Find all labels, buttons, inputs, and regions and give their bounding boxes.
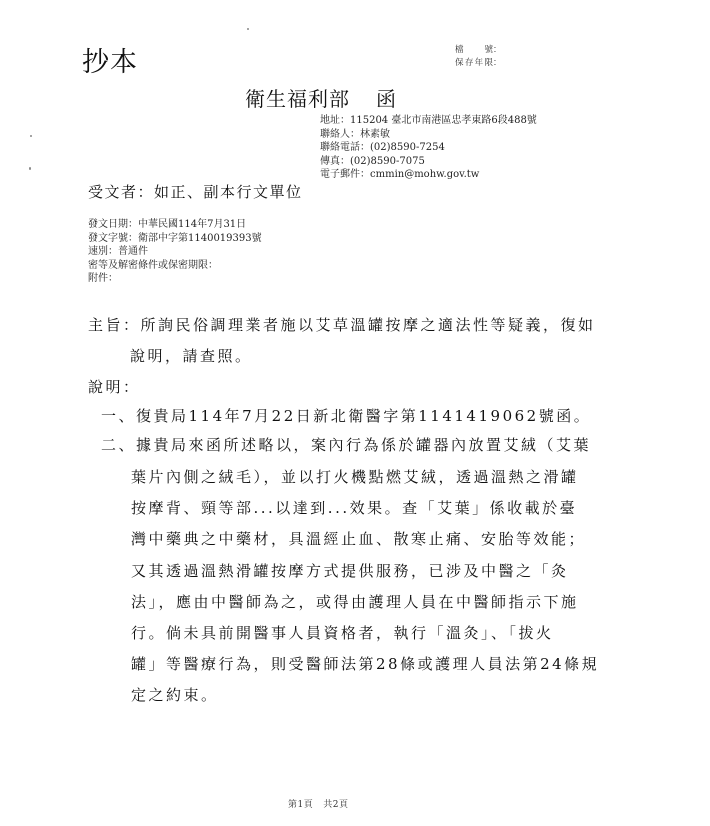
attachment: 附件：: [88, 272, 262, 286]
item-line: 法」，應由中醫師為之，或得由護理人員在中醫師指示下施: [131, 591, 579, 612]
agency-title: 衛生福利部函: [245, 83, 397, 112]
item-line: 一、復貴局114年7月22日新北衛醫字第1141419062號函。: [101, 405, 591, 426]
page-number: 第1頁: [288, 800, 313, 810]
doc-type: 函: [376, 87, 397, 111]
page-total: 共2頁: [323, 800, 348, 810]
item-line: 罐」等醫療行為，則受醫師法第28條或護理人員法第24條規: [131, 653, 599, 674]
page-footer: 第1頁共2頁: [288, 797, 348, 810]
phone: 聯絡電話：(02)8590-7254: [320, 141, 537, 155]
contact-person: 聯絡人：林素敏: [320, 128, 537, 142]
item-line: 定之約束。: [131, 684, 219, 705]
item-line: 灣中藥典之中藥材，具溫經止血、散寒止痛、安胎等效能；: [131, 528, 586, 549]
scan-speck: [29, 167, 31, 170]
copy-mark: 抄本: [82, 40, 138, 79]
address: 地址：115204 臺北市南港區忠孝東路6段488號: [320, 114, 537, 128]
item-line: 葉片內側之絨毛），並以打火機點燃艾絨，透過溫熱之滑罐: [131, 466, 579, 487]
scan-speck: [30, 135, 32, 137]
issue-number: 發文字號：衛部中字第1140019393號: [88, 232, 262, 246]
item-line: 又其透過溫熱滑罐按摩方式提供服務，已涉及中醫之「灸: [131, 560, 569, 581]
secrecy-level: 密等及解密條件或保密期限：: [88, 259, 262, 273]
issue-date: 發文日期：中華民國114年7月31日: [88, 218, 262, 232]
subject-line-1: 主旨：所詢民俗調理業者施以艾草溫罐按摩之適法性等疑義，復如: [88, 314, 596, 335]
archive-number: 檔號：: [455, 44, 502, 57]
item-line: 按摩背、頸等部...以達到...效果。查「艾葉」係收載於臺: [131, 497, 577, 518]
explanation-heading: 說明：: [88, 376, 141, 397]
item-line: 二、據貴局來函所述略以，案內行為係於罐器內放置艾絨（艾葉: [101, 434, 591, 455]
file-meta: 檔號： 保存年限：: [455, 44, 502, 70]
delivery-speed: 速別：普通件: [88, 245, 262, 259]
scan-speck: [247, 28, 249, 30]
email: 電子郵件：cmmin@mohw.gov.tw: [320, 168, 537, 182]
fax: 傳真：(02)8590-7075: [320, 155, 537, 169]
subject-line-2: 說明，請查照。: [130, 345, 253, 366]
agency-name: 衛生福利部: [245, 87, 350, 111]
recipient: 受文者：如正、副本行文單位: [88, 181, 303, 202]
contact-block: 地址：115204 臺北市南港區忠孝東路6段488號 聯絡人：林素敏 聯絡電話：…: [320, 114, 537, 182]
item-line: 行。倘未具前開醫事人員資格者，執行「溫灸」、「拔火: [131, 622, 554, 643]
issue-meta: 發文日期：中華民國114年7月31日 發文字號：衛部中字第1140019393號…: [88, 218, 262, 286]
retention-period: 保存年限：: [455, 57, 502, 70]
